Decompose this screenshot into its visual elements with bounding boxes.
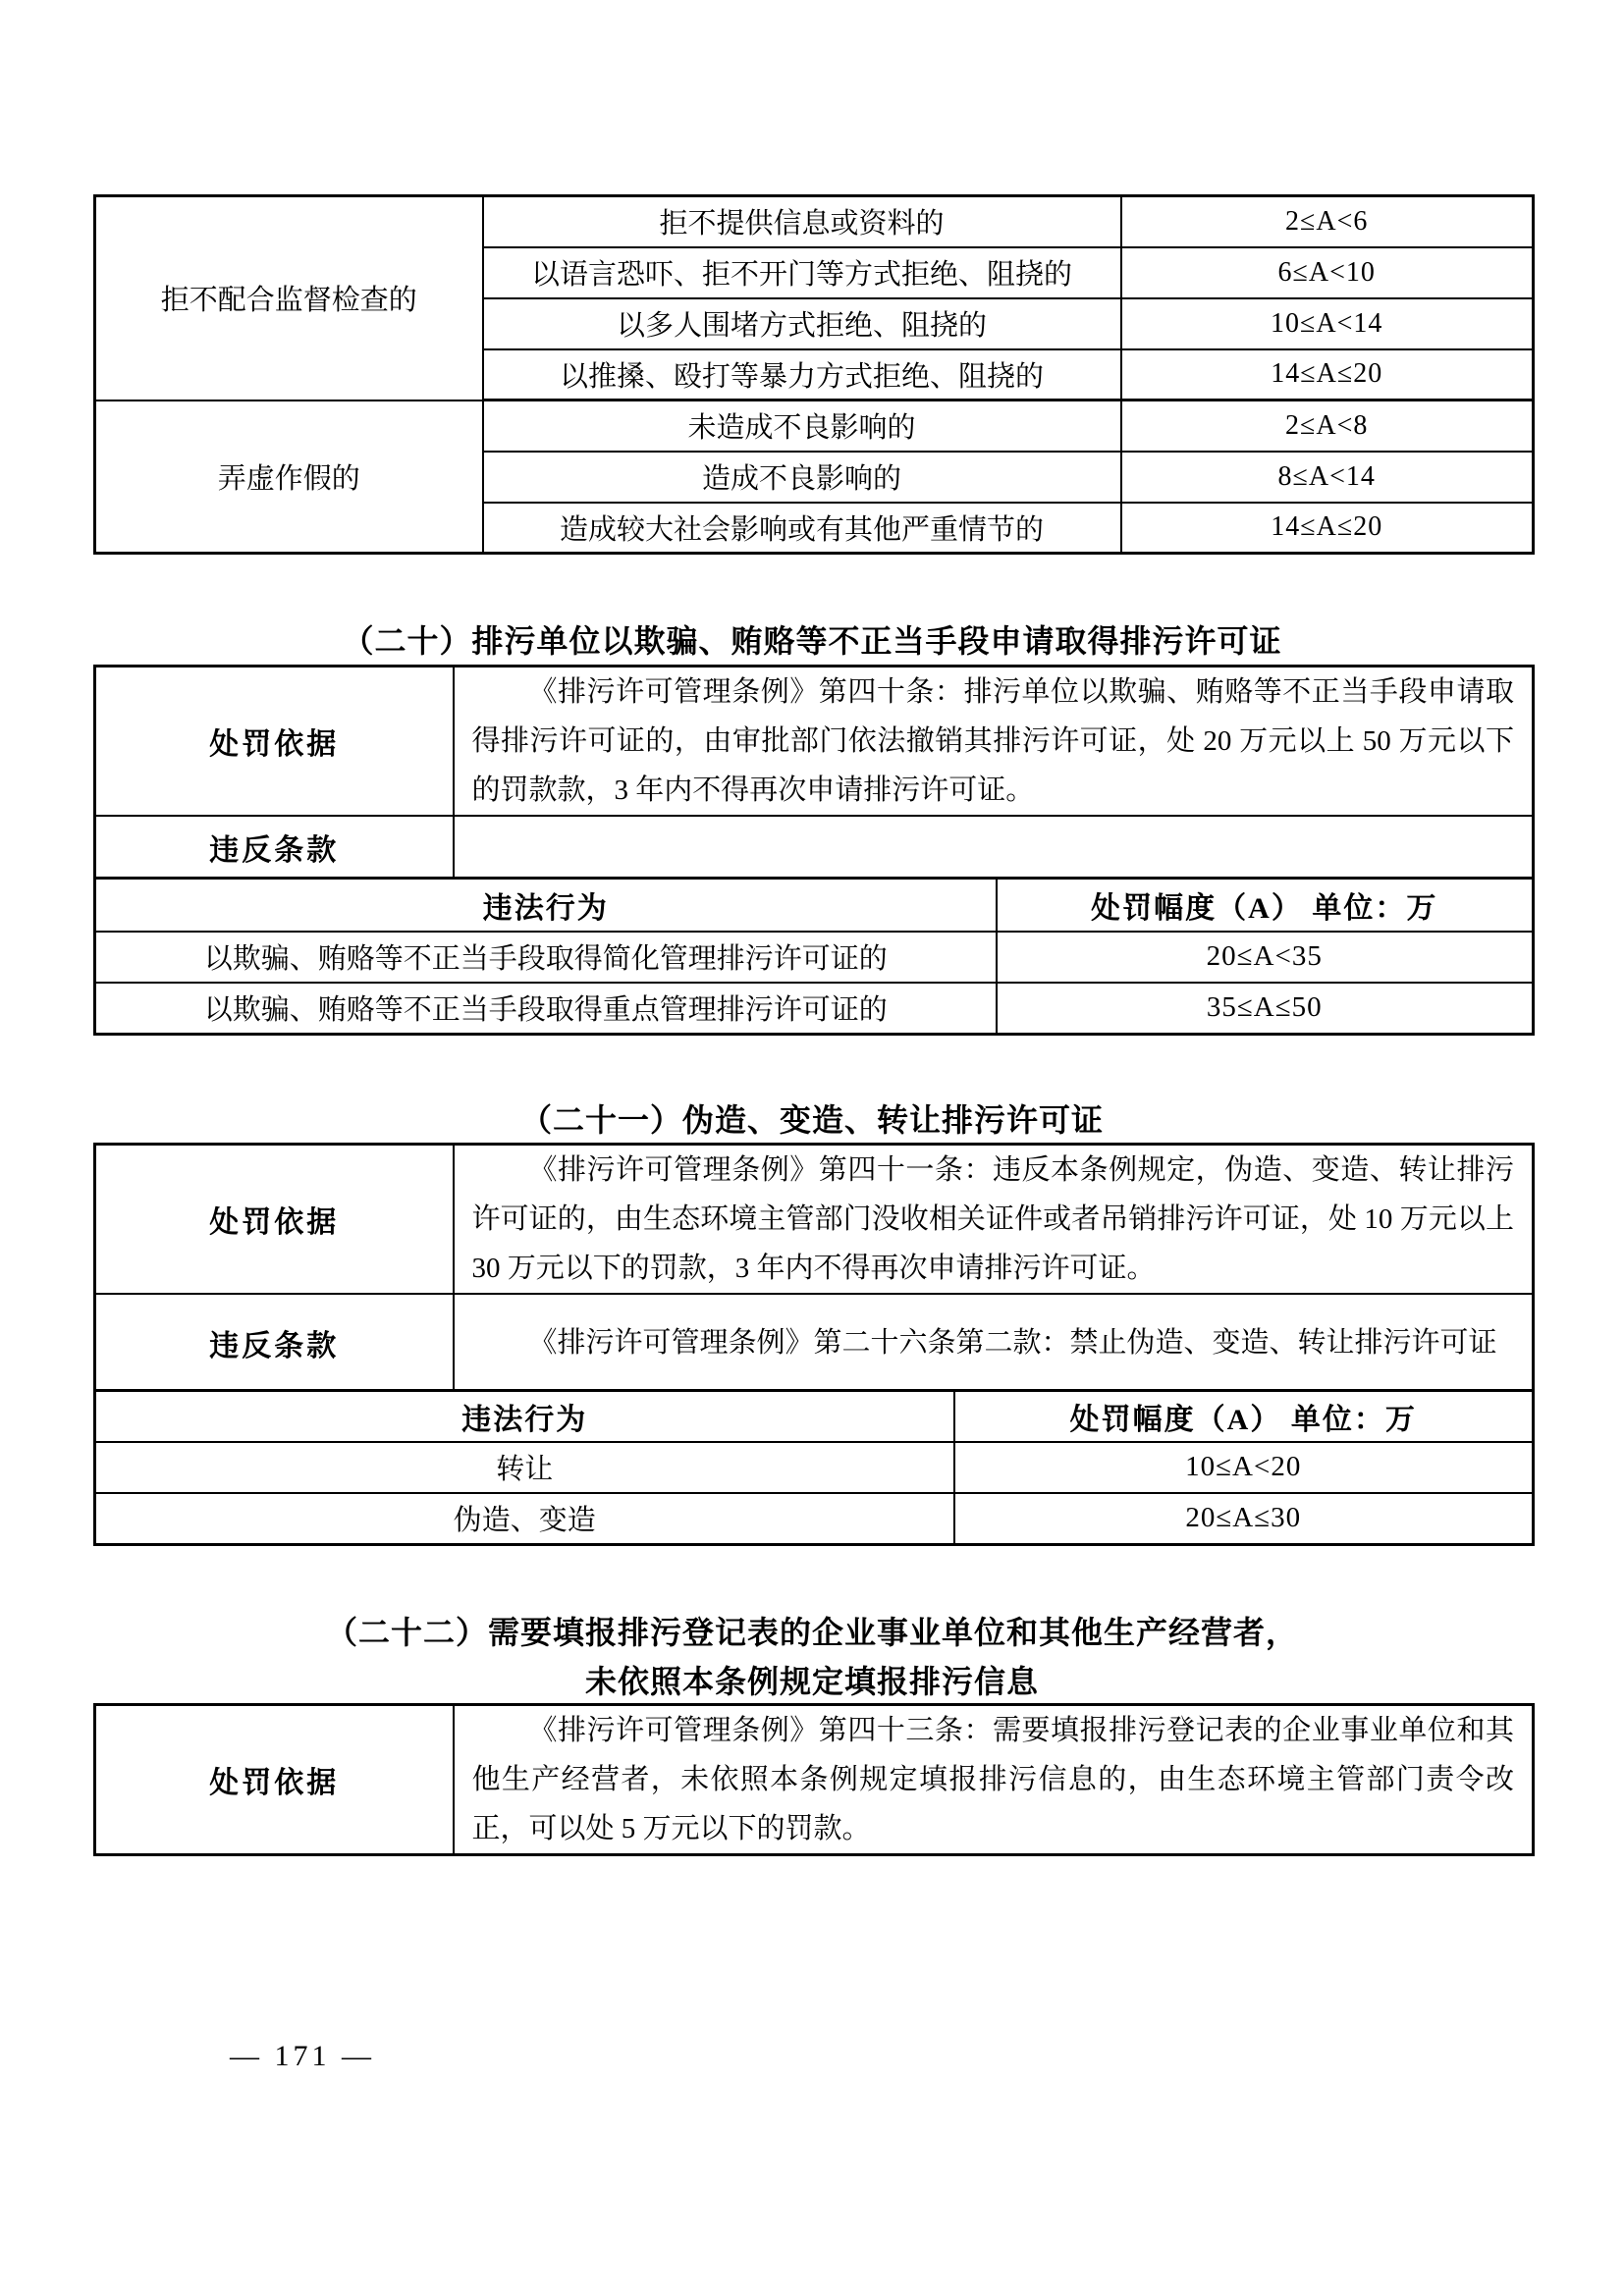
violated-clause-label: 违反条款 [95,816,454,880]
section-22-heading-line2: 未依照本条例规定填报排污信息 [0,1657,1624,1706]
behavior-cell: 转让 [95,1442,954,1493]
behavior-header: 违法行为 [95,1391,954,1442]
table-row: 处罚依据 《排污许可管理条例》第四十一条：违反本条例规定，伪造、变造、转让排污许… [95,1145,1534,1295]
table-row: 处罚依据 《排污许可管理条例》第四十三条：需要填报排污登记表的企业事业单位和其他… [95,1705,1534,1855]
section-20-heading: （二十）排污单位以欺骗、贿赂等不正当手段申请取得排污许可证 [0,616,1624,662]
violated-clause-text: 《排污许可管理条例》第二十六条第二款：禁止伪造、变造、转让排污许可证 [454,1294,1534,1393]
table-row: 违反条款 《排污许可管理条例》第二十六条第二款：禁止伪造、变造、转让排污许可证 [95,1294,1534,1393]
behavior-cell: 造成不良影响的 [483,452,1121,503]
table-row: 拒不配合监督检查的 拒不提供信息或资料的 2≤A<6 [95,196,1534,247]
penalty-basis-text: 《排污许可管理条例》第四十三条：需要填报排污登记表的企业事业单位和其他生产经营者… [454,1705,1534,1855]
penalty-range-cell: 6≤A<10 [1121,247,1534,298]
table-row: 违反条款 [95,816,1534,880]
penalty-range-cell: 10≤A<20 [954,1442,1534,1493]
category-cell-refuse-inspection: 拒不配合监督检查的 [95,196,483,400]
penalty-basis-text: 《排污许可管理条例》第四十条：排污单位以欺骗、贿赂等不正当手段申请取得排污许可证… [454,667,1534,817]
behavior-cell: 拒不提供信息或资料的 [483,196,1121,247]
behavior-cell: 未造成不良影响的 [483,400,1121,452]
table-row: 弄虚作假的 未造成不良影响的 2≤A<8 [95,400,1534,452]
penalty-range-cell: 10≤A<14 [1121,298,1534,349]
behavior-cell: 以欺骗、贿赂等不正当手段取得简化管理排污许可证的 [95,932,997,983]
section-22-heading: （二十二）需要填报排污登记表的企业事业单位和其他生产经营者， 未依照本条例规定填… [0,1608,1624,1706]
behavior-cell: 以语言恐吓、拒不开门等方式拒绝、阻挠的 [483,247,1121,298]
table-row: 处罚依据 《排污许可管理条例》第四十条：排污单位以欺骗、贿赂等不正当手段申请取得… [95,667,1534,817]
section-21-basis-table: 处罚依据 《排污许可管理条例》第四十一条：违反本条例规定，伪造、变造、转让排污许… [93,1143,1535,1395]
penalty-range-cell: 14≤A≤20 [1121,503,1534,554]
table-row: 以欺骗、贿赂等不正当手段取得简化管理排污许可证的 20≤A<35 [95,932,1534,983]
section-21-heading: （二十一）伪造、变造、转让排污许可证 [0,1095,1624,1141]
penalty-range-header: 处罚幅度（A） 单位：万 [997,879,1534,932]
penalty-basis-label: 处罚依据 [95,1145,454,1295]
section-22-heading-line1: （二十二）需要填报排污登记表的企业事业单位和其他生产经营者， [0,1608,1624,1657]
penalty-basis-label: 处罚依据 [95,667,454,817]
penalty-basis-paragraph: 《排污许可管理条例》第四十三条：需要填报排污登记表的企业事业单位和其他生产经营者… [472,1706,1515,1853]
table-header-row: 违法行为 处罚幅度（A） 单位：万 [95,1391,1534,1442]
penalty-basis-paragraph: 《排污许可管理条例》第四十条：排污单位以欺骗、贿赂等不正当手段申请取得排污许可证… [472,667,1515,815]
table-row: 转让 10≤A<20 [95,1442,1534,1493]
penalty-range-cell: 14≤A≤20 [1121,349,1534,400]
behavior-cell: 以多人围堵方式拒绝、阻挠的 [483,298,1121,349]
behavior-cell: 以推搡、殴打等暴力方式拒绝、阻挠的 [483,349,1121,400]
penalty-basis-paragraph: 《排污许可管理条例》第四十一条：违反本条例规定，伪造、变造、转让排污许可证的，由… [472,1146,1515,1293]
behavior-header: 违法行为 [95,879,997,932]
table-header-row: 违法行为 处罚幅度（A） 单位：万 [95,879,1534,932]
table-row: 伪造、变造 20≤A≤30 [95,1493,1534,1545]
section-20-violation-table: 违法行为 处罚幅度（A） 单位：万 以欺骗、贿赂等不正当手段取得简化管理排污许可… [93,877,1535,1036]
penalty-range-cell: 35≤A≤50 [997,983,1534,1035]
behavior-cell: 造成较大社会影响或有其他严重情节的 [483,503,1121,554]
document-page: 拒不配合监督检查的 拒不提供信息或资料的 2≤A<6 以语言恐吓、拒不开门等方式… [0,0,1624,2296]
violated-clause-paragraph: 《排污许可管理条例》第二十六条第二款：禁止伪造、变造、转让排污许可证 [472,1318,1515,1367]
section-22-basis-table: 处罚依据 《排污许可管理条例》第四十三条：需要填报排污登记表的企业事业单位和其他… [93,1703,1535,1856]
penalty-range-cell: 20≤A<35 [997,932,1534,983]
penalty-range-cell: 8≤A<14 [1121,452,1534,503]
penalty-range-cell: 2≤A<6 [1121,196,1534,247]
violated-clause-label: 违反条款 [95,1294,454,1393]
penalty-range-header: 处罚幅度（A） 单位：万 [954,1391,1534,1442]
violated-clause-text [454,816,1534,880]
penalty-range-cell: 2≤A<8 [1121,400,1534,452]
table-row: 以欺骗、贿赂等不正当手段取得重点管理排污许可证的 35≤A≤50 [95,983,1534,1035]
penalty-table-top: 拒不配合监督检查的 拒不提供信息或资料的 2≤A<6 以语言恐吓、拒不开门等方式… [93,194,1535,555]
penalty-basis-label: 处罚依据 [95,1705,454,1855]
penalty-range-cell: 20≤A≤30 [954,1493,1534,1545]
page-number: — 171 — [230,2040,375,2073]
behavior-cell: 以欺骗、贿赂等不正当手段取得重点管理排污许可证的 [95,983,997,1035]
penalty-basis-text: 《排污许可管理条例》第四十一条：违反本条例规定，伪造、变造、转让排污许可证的，由… [454,1145,1534,1295]
section-21-violation-table: 违法行为 处罚幅度（A） 单位：万 转让 10≤A<20 伪造、变造 20≤A≤… [93,1389,1535,1546]
section-20-basis-table: 处罚依据 《排污许可管理条例》第四十条：排污单位以欺骗、贿赂等不正当手段申请取得… [93,665,1535,881]
behavior-cell: 伪造、变造 [95,1493,954,1545]
category-cell-falsification: 弄虚作假的 [95,400,483,554]
